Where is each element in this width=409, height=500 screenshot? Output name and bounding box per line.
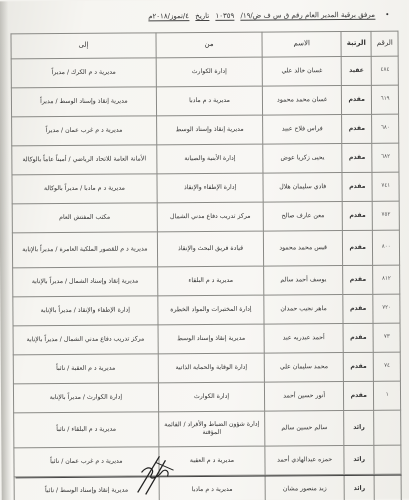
cell-name: معن عارف صالح xyxy=(263,202,342,232)
cell-to: مديرية د م مادبا / مديراً بالوكالة xyxy=(12,174,157,204)
cell-number: ٦٨٢ xyxy=(372,143,399,172)
cell-to: مديرية د م للقصور الملكية العامرة / مدير… xyxy=(12,232,157,268)
cell-from: إدارة الأبنية والصيانة xyxy=(157,144,264,174)
header-number: الرقم xyxy=(371,31,398,56)
cell-name: يحيى زكريا عوض xyxy=(263,144,342,174)
cell-to: إدارة الإطفاء والإنقاذ / مديراً بالإنابة xyxy=(13,296,158,326)
cell-number: ٧٢٠ xyxy=(373,294,400,323)
cell-rank: رائد xyxy=(344,445,375,474)
cell-to: إدارة الكوارث / مديراً بالإنابة xyxy=(13,383,158,413)
cell-name: زيد منصور مشان xyxy=(265,475,344,500)
cell-number: ٨١٢ xyxy=(373,265,400,294)
cell-to: مكتب المفتش العام xyxy=(12,203,157,233)
cell-rank: مقدم xyxy=(342,114,373,143)
cell-rank: مقدم xyxy=(343,323,374,352)
cell-number: ٨٠٠ xyxy=(373,230,400,265)
header-from: من xyxy=(156,32,263,58)
table-row: ٦٨٢ مقدم يحيى زكريا عوض إدارة الأبنية وا… xyxy=(12,143,399,175)
table-row: ٨٠٠ مقدم قيس محمد محمود قيادة فريق البحث… xyxy=(12,230,399,268)
cell-number: ٦١٩ xyxy=(372,85,399,114)
cell-to: مديرية إنقاذ وإسناد الشمال / مديراً بالإ… xyxy=(13,267,158,297)
table-row: ٧٢٠ مقدم ماهر نجيب حمدان إدارة المختبرات… xyxy=(13,294,400,326)
cell-name: محمد سليمان علي xyxy=(264,353,343,383)
table-row: ٦١٩ مقدم غسان محمد محمود مديرية د م مادب… xyxy=(11,85,398,117)
table-row: ٧٥٢ مقدم معن عارف صالح مركز تدريب دفاع م… xyxy=(12,201,399,233)
cell-number: ٧٤١ xyxy=(372,172,399,201)
cell-rank: مقدم xyxy=(342,143,373,172)
cell-rank: مقدم xyxy=(341,85,372,114)
header-name: الاسم xyxy=(262,32,341,58)
cell-name: يوسف أحمد سالم xyxy=(264,266,343,296)
cell-name: فراس فلاح عبيد xyxy=(263,115,342,145)
header-to: إلى xyxy=(11,33,156,59)
caption-date-label: تاريخ xyxy=(195,12,209,21)
cell-from: إدارة المختبرات والمواد الخطرة xyxy=(158,295,265,325)
cell-name: غسان خالد علي xyxy=(262,57,341,87)
cell-number: ١ xyxy=(374,381,401,410)
cell-to: مديرية د م البلقاء / نائباً xyxy=(14,412,159,448)
cell-name: قيس محمد محمود xyxy=(264,231,343,267)
table-row: ٧٤ مقدم محمد سليمان علي إدارة الوقاية وا… xyxy=(13,352,400,384)
cell-number xyxy=(375,474,402,500)
table-row: رائد زيد منصور مشان مديرية د م مادبا مدي… xyxy=(14,474,401,500)
cell-from: مركز تدريب دفاع مدني الشمال xyxy=(157,202,264,232)
cell-name: فادي سليمان هلال xyxy=(263,173,342,203)
table-row: رائد حمزه عبدالهادي أحمد مديرية د م العق… xyxy=(14,445,401,477)
cell-from: مديرية د م البلقاء xyxy=(157,266,264,296)
document-caption: • مرفق برقية المدير العام رقم ق س ف ض/١٩… xyxy=(38,11,389,21)
cell-from: إدارة شؤون الضباط والأفراد / القائمة الم… xyxy=(158,411,265,447)
caption-date-value: ٤/تموز/٢٠١٨م xyxy=(148,12,189,21)
cell-rank: مقدم xyxy=(342,201,373,230)
cell-rank: مقدم xyxy=(343,294,374,323)
cell-name: حمزه عبدالهادي أحمد xyxy=(265,446,344,476)
cell-rank: مقدم xyxy=(342,230,373,265)
table-row: ٧٤١ مقدم فادي سليمان هلال إدارة الإطفاء … xyxy=(12,172,399,204)
cell-from: قيادة فريق البحث والإنقاذ xyxy=(157,231,264,267)
cell-rank: مقدم xyxy=(342,172,373,201)
transfer-table: الرقم الرتبة الاسم من إلى ٤٨٤ عقيد غسان … xyxy=(10,31,401,500)
cell-rank: رائد xyxy=(344,410,375,445)
cell-rank: مقدم xyxy=(343,352,374,381)
table-row: رائد سالم حسين سالم إدارة شؤون الضباط وا… xyxy=(14,410,401,448)
cell-number: ٧٣ xyxy=(374,323,401,352)
header-rank: الرتبة xyxy=(341,31,372,56)
cell-number: ٦٨٠ xyxy=(372,114,399,143)
cell-from: مديرية د م مادبا xyxy=(156,86,263,116)
cell-from: إدارة الوقاية والحماية الذاتية xyxy=(158,353,265,383)
cell-rank: عقيد xyxy=(341,56,372,85)
cell-name: أنور حسين أحمد xyxy=(265,382,344,412)
cell-number xyxy=(374,445,401,474)
cell-name: ماهر نجيب حمدان xyxy=(264,295,343,325)
cell-to: مركز تدريب دفاع مدني الشمال / مديراً بال… xyxy=(13,325,158,355)
cell-from: مديرية إنقاذ وإسناد الوسط xyxy=(156,115,263,145)
table-row: ١ مقدم أنور حسين أحمد إدارة الكوارث إدار… xyxy=(13,381,400,413)
cell-from: إدارة الإطفاء والإنقاذ xyxy=(157,173,264,203)
cell-name: أحمد عبدربه عبد xyxy=(264,324,343,354)
signature-icon xyxy=(131,450,181,495)
cell-from: إدارة الكوارث xyxy=(156,57,263,87)
cell-from: إدارة الكوارث xyxy=(158,382,265,412)
cell-to: مديرية د م الكرك / مديراً xyxy=(11,58,156,88)
cell-to: مديرية د م العقبة / نائباً xyxy=(13,354,158,384)
cell-rank: رائد xyxy=(344,474,375,500)
cell-number: ٧٥٢ xyxy=(373,201,400,230)
cell-to: الأمانة العامة للاتحاد الرياضي / أميناً … xyxy=(12,145,157,175)
cell-number: ٤٨٤ xyxy=(372,56,399,85)
cell-rank: مقدم xyxy=(343,265,374,294)
cell-number: ٧٤ xyxy=(374,352,401,381)
table-row: ٨١٢ مقدم يوسف أحمد سالم مديرية د م البلق… xyxy=(13,265,400,297)
cell-rank: مقدم xyxy=(343,381,374,410)
bullet-dot: • xyxy=(385,11,389,19)
table-row: ٤٨٤ عقيد غسان خالد علي إدارة الكوارث مدي… xyxy=(11,56,398,88)
caption-ref-number: ١٠٣٥٩ xyxy=(215,12,234,21)
cell-from: مديرية إنقاذ وإسناد الوسط xyxy=(158,324,265,354)
caption-prefix: مرفق برقية المدير العام رقم ق س ف ض/١٩/ xyxy=(240,11,375,21)
cell-name: سالم حسين سالم xyxy=(265,411,344,447)
cell-to: مديرية إنقاذ وإسناد الوسط / مديراً xyxy=(11,87,156,117)
table-row: ٧٣ مقدم أحمد عبدربه عبد مديرية إنقاذ وإس… xyxy=(13,323,400,355)
cell-to: مديرية د م غرب عمان / مديراً xyxy=(12,116,157,146)
table-header-row: الرقم الرتبة الاسم من إلى xyxy=(11,31,398,59)
table-row: ٦٨٠ مقدم فراس فلاح عبيد مديرية إنقاذ وإس… xyxy=(12,114,399,146)
cell-name: غسان محمد محمود xyxy=(263,86,342,116)
cell-number xyxy=(374,410,401,445)
scanned-document-page: • مرفق برقية المدير العام رقم ق س ف ض/١٩… xyxy=(0,0,409,500)
